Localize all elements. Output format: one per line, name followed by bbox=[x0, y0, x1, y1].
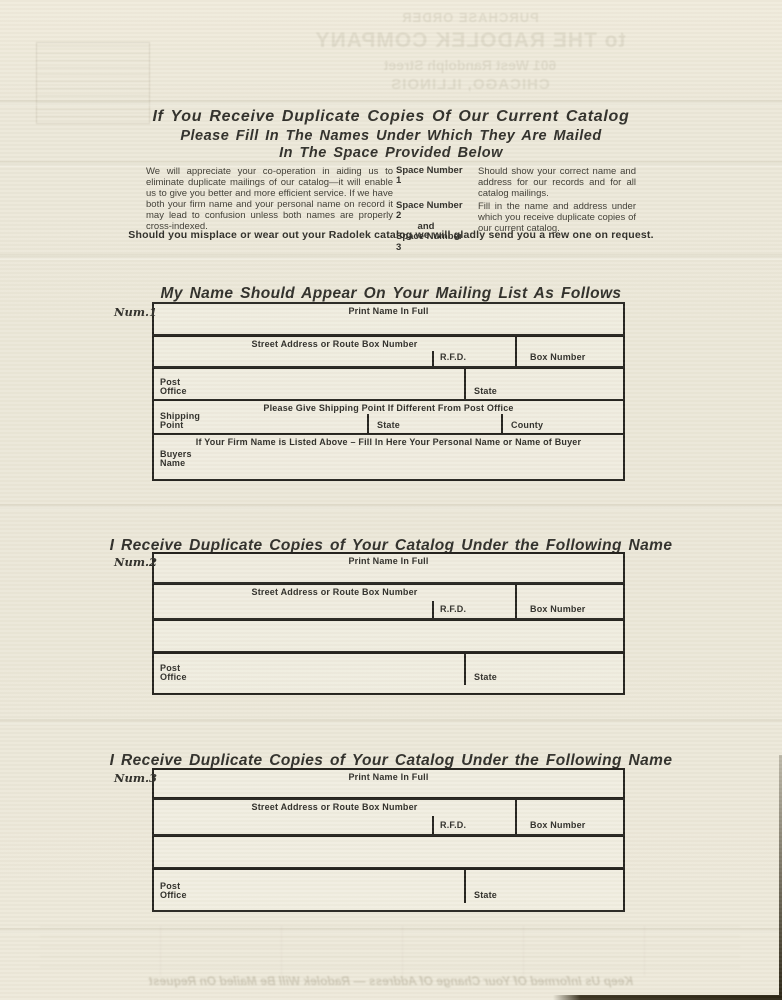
space-number-key: Space Number 1 Should show your correct … bbox=[396, 166, 636, 255]
state-divider bbox=[464, 654, 466, 685]
rfd-label: R.F.D. bbox=[440, 353, 466, 363]
county-divider bbox=[501, 414, 503, 433]
scanned-catalog-form-page: PURCHASE ORDER to THE RADOLEK COMPANY 60… bbox=[0, 0, 782, 1000]
form-number-label-3: Num.3 bbox=[114, 771, 157, 785]
print-name-row: Print Name In Full bbox=[154, 304, 623, 337]
print-name-row: Print Name In Full bbox=[154, 770, 623, 800]
bleed-through-bottom-line: Keep Us Informed Of Your Change Of Addre… bbox=[0, 974, 782, 988]
section-1-title: My Name Should Appear On Your Mailing Li… bbox=[0, 285, 782, 303]
post-office-label: Post Office bbox=[160, 882, 194, 901]
page-heading: If You Receive Duplicate Copies Of Our C… bbox=[0, 108, 782, 161]
box-number-divider bbox=[515, 337, 517, 366]
post-office-row: Post Office State bbox=[154, 654, 623, 685]
box-number-label: Box Number bbox=[530, 353, 586, 363]
street-address-label: Street Address or Route Box Number bbox=[154, 802, 515, 812]
bleed-through-ghost-table bbox=[40, 926, 740, 976]
rfd-label: R.F.D. bbox=[440, 821, 466, 831]
print-name-label: Print Name In Full bbox=[154, 772, 623, 782]
space-number-1-description: Should show your correct name and addres… bbox=[478, 166, 636, 199]
street-address-label: Street Address or Route Box Number bbox=[154, 339, 515, 349]
rfd-divider bbox=[432, 351, 434, 366]
print-name-label: Print Name In Full bbox=[154, 556, 623, 566]
street-address-row: Street Address or Route Box Number R.F.D… bbox=[154, 800, 623, 837]
county-label: County bbox=[511, 421, 543, 431]
scan-edge-bottom bbox=[553, 995, 782, 1000]
shipping-header-label: Please Give Shipping Point If Different … bbox=[154, 403, 623, 413]
rfd-label: R.F.D. bbox=[440, 605, 466, 615]
duplicate-name-form-num2: Num.2 Print Name In Full Street Address … bbox=[152, 552, 625, 695]
fold-line bbox=[0, 254, 782, 260]
shipping-state-divider bbox=[367, 414, 369, 433]
bleed-line-company: to THE RADOLEK COMPANY bbox=[79, 29, 782, 53]
heading-line-1: If You Receive Duplicate Copies Of Our C… bbox=[0, 108, 782, 126]
space-number-2-3-row: Space Number 2 and Space Number 3 Fill i… bbox=[396, 201, 636, 253]
heading-line-2: Please Fill In The Names Under Which The… bbox=[0, 128, 782, 144]
space-number-1-label: Space Number 1 bbox=[396, 166, 470, 187]
space-number-2-label: Space Number 2 bbox=[396, 201, 470, 222]
fold-line bbox=[0, 504, 782, 510]
street-address-label: Street Address or Route Box Number bbox=[154, 587, 515, 597]
shipping-point-row: Please Give Shipping Point If Different … bbox=[154, 401, 623, 435]
space-number-2-3-description: Fill in the name and address under which… bbox=[478, 201, 636, 253]
bleed-line-street: 601 West Randolph Street bbox=[79, 57, 782, 73]
post-office-row: Post Office State bbox=[154, 369, 623, 401]
buyers-name-label: Buyers Name bbox=[160, 450, 198, 469]
post-office-row: Post Office State bbox=[154, 870, 623, 903]
blank-row bbox=[154, 837, 623, 870]
box-number-label: Box Number bbox=[530, 605, 586, 615]
replacement-catalog-notice: Should you misplace or wear out your Rad… bbox=[0, 229, 782, 241]
form-number-label-2: Num.2 bbox=[114, 555, 157, 569]
post-office-label: Post Office bbox=[160, 378, 194, 397]
mailing-name-form-num1: Num.1 Print Name In Full Street Address … bbox=[152, 302, 625, 481]
box-number-divider bbox=[515, 585, 517, 618]
shipping-state-label: State bbox=[377, 421, 400, 431]
intro-paragraph: We will appreciate your co-operation in … bbox=[146, 166, 393, 232]
state-label: State bbox=[474, 891, 497, 901]
box-number-label: Box Number bbox=[530, 821, 586, 831]
space-number-1-row: Space Number 1 Should show your correct … bbox=[396, 166, 636, 199]
rfd-divider bbox=[432, 816, 434, 834]
state-label: State bbox=[474, 673, 497, 683]
street-address-row: Street Address or Route Box Number R.F.D… bbox=[154, 585, 623, 621]
street-address-row: Street Address or Route Box Number R.F.D… bbox=[154, 337, 623, 369]
buyers-name-row: If Your Firm Name is Listed Above – Fill… bbox=[154, 435, 623, 472]
rfd-divider bbox=[432, 601, 434, 618]
buyer-header-label: If Your Firm Name is Listed Above – Fill… bbox=[154, 437, 623, 447]
post-office-label: Post Office bbox=[160, 664, 194, 683]
form-number-label-1: Num.1 bbox=[114, 305, 157, 319]
print-name-label: Print Name In Full bbox=[154, 306, 623, 316]
print-name-row: Print Name In Full bbox=[154, 554, 623, 585]
heading-line-3: In The Space Provided Below bbox=[0, 145, 782, 161]
bleed-through-top: PURCHASE ORDER to THE RADOLEK COMPANY 60… bbox=[0, 10, 782, 93]
bleed-line-city: CHICAGO, ILLINOIS bbox=[79, 76, 782, 93]
state-divider bbox=[464, 870, 466, 903]
state-label: State bbox=[474, 387, 497, 397]
fold-line bbox=[0, 928, 782, 934]
fold-line bbox=[0, 719, 782, 725]
bleed-line-purchase-order: PURCHASE ORDER bbox=[79, 10, 782, 25]
shipping-point-label: Shipping Point bbox=[160, 412, 204, 431]
state-divider bbox=[464, 369, 466, 399]
box-number-divider bbox=[515, 800, 517, 834]
duplicate-name-form-num3: Num.3 Print Name In Full Street Address … bbox=[152, 768, 625, 912]
blank-row bbox=[154, 621, 623, 654]
